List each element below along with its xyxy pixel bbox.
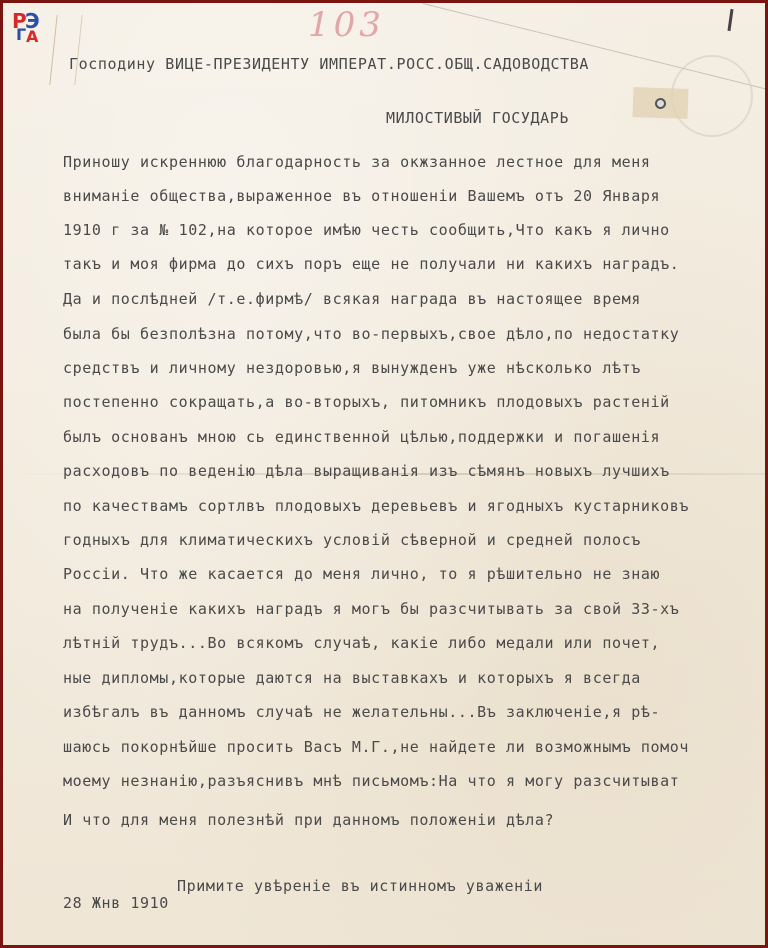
- pencil-mark: [49, 15, 82, 85]
- body-line: Да и послѣдней /т.е.фирмѣ/ всякая наград…: [63, 290, 641, 308]
- body-line: лѣтнiй трудъ...Во всякомъ случаѣ, какiе …: [63, 634, 660, 652]
- body-line: расходовъ по веденiю дѣла выращиванiя из…: [63, 462, 670, 480]
- sheet-number-mark: [727, 9, 733, 31]
- body-line: избѣгалъ въ данномъ случаѣ не желательны…: [63, 703, 660, 721]
- body-line: такъ и моя фирма до сихъ поръ еще не пол…: [63, 255, 679, 273]
- addressee-line: Господину ВИЦЕ-ПРЕЗИДЕНТУ ИМПЕРАТ.РОСС.О…: [69, 55, 589, 73]
- body-line: Россiи. Что же касается до меня лично, т…: [63, 565, 660, 583]
- logo-letter: А: [26, 29, 38, 45]
- punch-hole-icon: [655, 98, 666, 109]
- body-line: годныхъ для климатическихъ условiй сѣвер…: [63, 531, 641, 549]
- document-page: Р Э Г А 103 Господину ВИЦЕ-ПРЕЗИДЕНТУ ИМ…: [3, 3, 765, 945]
- logo-letter: Г: [16, 27, 26, 43]
- body-line: моему незнанiю,разъяснивъ мнѣ письмомъ:Н…: [63, 772, 679, 790]
- body-line: была бы безполѣзна потому,что во-первыхъ…: [63, 325, 679, 343]
- body-line: постепенно сокращать,а во-вторыхъ, питом…: [63, 393, 670, 411]
- body-line: былъ основанъ мною сь единственной цѣлью…: [63, 428, 660, 446]
- body-line: 1910 г за № 102,на которое имѣю честь со…: [63, 221, 670, 239]
- tape-patch: [632, 87, 688, 119]
- body-line: на полученiе какихъ наградъ я могъ бы ра…: [63, 600, 679, 618]
- body-line: ные дипломы,которые даются на выставкахъ…: [63, 669, 641, 687]
- date-line: 28 Жнв 1910: [63, 894, 169, 912]
- body-line: по качествамъ сортлвъ плодовыхъ деревьев…: [63, 497, 689, 515]
- archive-logo-icon: Р Э Г А: [12, 11, 40, 47]
- body-line: И что для меня полезнѣй при данномъ поло…: [63, 811, 554, 829]
- salutation-line: МИЛОСТИВЫЙ ГОСУДАРЬ: [386, 109, 569, 127]
- body-line: вниманiе общества,выраженное въ отношенi…: [63, 187, 660, 205]
- closing-line: Примите увѣренiе въ истинномъ уваженiи: [177, 877, 543, 895]
- body-line: средствъ и личному нездоровью,я вынужден…: [63, 359, 641, 377]
- body-line: Приношу искреннюю благодарность за окжза…: [63, 153, 650, 171]
- body-line: шаюсь покорнѣйше просить Васъ М.Г.,не на…: [63, 738, 689, 756]
- archive-handwritten-number: 103: [308, 5, 385, 45]
